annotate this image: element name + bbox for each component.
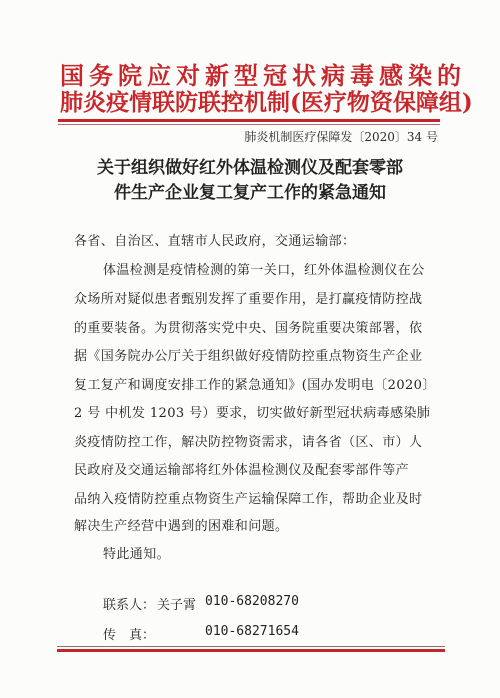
issuing-org-line1: 国务院应对新型冠状病毒感染的: [60, 62, 440, 90]
document-page: 国务院应对新型冠状病毒感染的 肺炎疫情联防联控机制(医疗物资保障组) 肺炎机制医…: [0, 0, 500, 698]
fax-label: 传 真：: [103, 624, 155, 643]
body-line: 众场所对疑似患者甄别发挥了重要作用，是打赢疫情防控战: [74, 291, 422, 309]
fax-number: 010-68271654: [205, 624, 299, 639]
body-line: 的重要装备。为贯彻落实党中央、国务院重要决策部署，依: [74, 320, 422, 338]
notice-title-line1: 关于组织做好红外体温检测仪及配套零部: [40, 156, 460, 180]
footer-thin-rule: [57, 646, 445, 647]
body-line: 2 号 中机发 1203 号）要求，切实做好新型冠状病毒感染肺: [74, 405, 430, 423]
footer-red-rule: [57, 649, 445, 652]
closing-remark: 特此通知。: [103, 546, 170, 564]
issuing-org-line2: 肺炎疫情联防联控机制(医疗物资保障组): [60, 89, 440, 117]
body-line: 解决生产经营中遇到的困难和问题。: [74, 518, 288, 536]
contact-person-name: 关子霄: [157, 594, 196, 613]
body-line: 炎疫情防控工作，解决防控物资需求，请各省（区、市）人: [74, 434, 422, 452]
document-number: 肺炎机制医疗保障发〔2020〕34 号: [244, 128, 438, 145]
body-line: 体温检测是疫情检测的第一关口，红外体温检测仪在公: [103, 262, 425, 280]
notice-title-line2: 件生产企业复工复产工作的紧急通知: [40, 181, 460, 205]
salutation: 各省、自治区、直辖市人民政府，交通运输部：: [74, 233, 355, 251]
header-thin-rule: [58, 124, 440, 125]
header-red-rule: [58, 119, 440, 122]
body-line: 品纳入疫情防控重点物资生产运输保障工作，帮助企业及时: [74, 491, 422, 509]
contact-phone: 010-68208270: [205, 594, 299, 609]
contact-person-label: 联系人：: [103, 594, 155, 613]
body-line: 民政府及交通运输部将红外体温检测仪及配套零部件等产: [74, 462, 409, 480]
body-line: 据《国务院办公厅关于组织做好疫情防控重点物资生产企业: [74, 348, 422, 366]
body-line: 复工复产和调度安排工作的紧急通知》(国办发明电〔2020〕: [74, 377, 436, 395]
